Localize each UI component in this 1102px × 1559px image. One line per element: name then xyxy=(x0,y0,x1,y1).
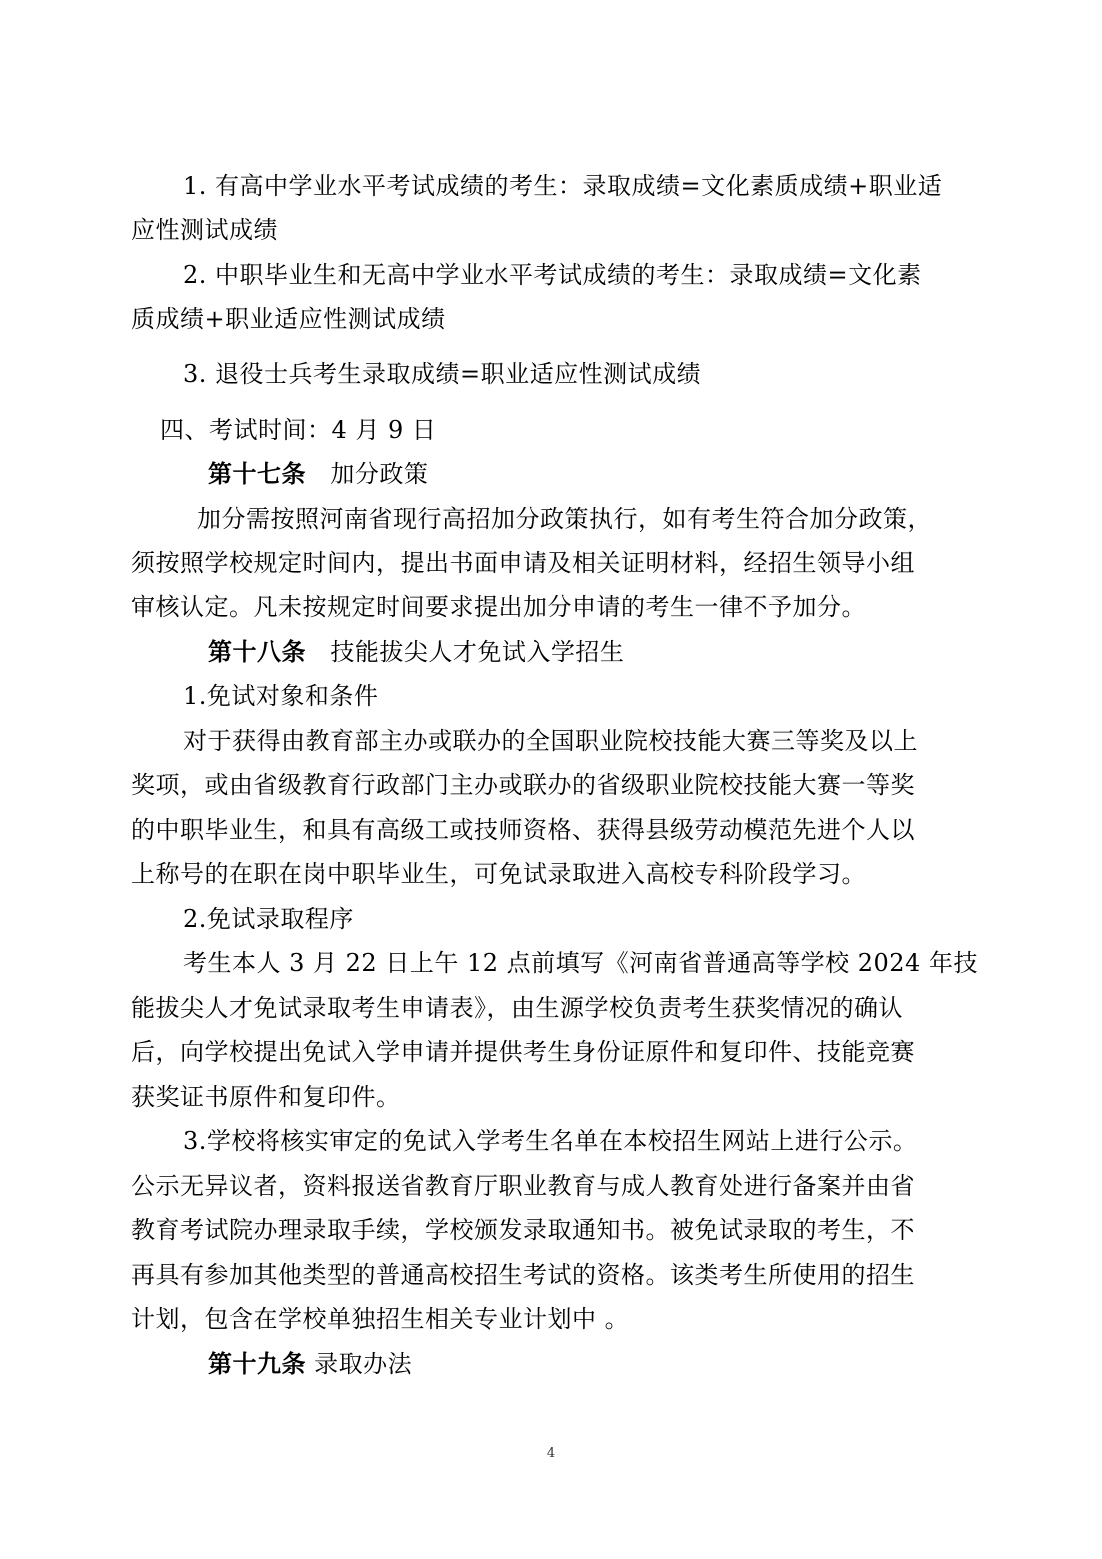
article-18-sub-2-body-line-2: 能拔尖人才免试录取考生申请表》，由生源学校负责考生获奖情况的确认 xyxy=(131,993,903,1023)
article-18-sub-3-line-3: 教育考试院办理录取手续，学校颁发录取通知书。被免试录取的考生，不 xyxy=(131,1215,915,1245)
article-17-heading: 第十七条 加分政策 xyxy=(208,459,428,489)
article-18-sub-2-heading: 2.免试录取程序 xyxy=(183,904,354,934)
score-item-3: 3. 退役士兵考生录取成绩=职业适应性测试成绩 xyxy=(183,359,701,389)
article-17-body-line-1: 加分需按照河南省现行高招加分政策执行，如有考生符合加分政策， xyxy=(197,504,932,534)
article-19-label: 第十九条 xyxy=(208,1349,306,1378)
article-18-heading: 第十八条 技能拔尖人才免试入学招生 xyxy=(208,637,624,667)
article-18-sub-2-body-line-1: 考生本人 3 月 22 日上午 12 点前填写《河南省普通高等学校 2024 年… xyxy=(183,948,978,978)
article-18-sub-1-body-line-3: 的中职毕业生，和具有高级工或技师资格、获得县级劳动模范先进个人以 xyxy=(131,815,915,845)
article-19-title: 录取办法 xyxy=(314,1350,412,1378)
article-18-sub-3-line-5: 计划，包含在学校单独招生相关专业计划中 。 xyxy=(131,1304,629,1334)
article-18-sub-3-line-4: 再具有参加其他类型的普通高校招生考试的资格。该类考生所使用的招生 xyxy=(131,1260,915,1290)
article-19-heading: 第十九条 录取办法 xyxy=(208,1349,412,1379)
score-item-2-line-2: 质成绩+职业适应性测试成绩 xyxy=(131,304,446,334)
page-number: 4 xyxy=(0,1446,1102,1461)
article-18-sub-2-body-line-3: 后，向学校提出免试入学申请并提供考生身份证原件和复印件、技能竞赛 xyxy=(131,1037,915,1067)
article-18-label: 第十八条 xyxy=(208,637,306,666)
score-item-2-line-1: 2. 中职毕业生和无高中学业水平考试成绩的考生：录取成绩=文化素 xyxy=(183,260,922,290)
article-17-body-line-3: 审核认定。凡未按规定时间要求提出加分申请的考生一律不予加分。 xyxy=(131,592,866,622)
article-18-sub-2-body-line-4: 获奖证书原件和复印件。 xyxy=(131,1082,401,1112)
article-17-label: 第十七条 xyxy=(208,459,306,488)
article-18-sub-1-body-line-4: 上称号的在职在岗中职毕业生，可免试录取进入高校专科阶段学习。 xyxy=(131,859,866,889)
article-18-sub-1-body-line-2: 奖项，或由省级教育行政部门主办或联办的省级职业院校技能大赛一等奖 xyxy=(131,770,915,800)
exam-time: 四、考试时间：4 月 9 日 xyxy=(160,415,436,445)
article-18-title: 技能拔尖人才免试入学招生 xyxy=(330,638,624,666)
article-17-body-line-2: 须按照学校规定时间内，提出书面申请及相关证明材料，经招生领导小组 xyxy=(131,548,915,578)
article-18-sub-1-body-line-1: 对于获得由教育部主办或联办的全国职业院校技能大赛三等奖及以上 xyxy=(183,726,918,756)
article-18-sub-1-heading: 1.免试对象和条件 xyxy=(183,681,378,711)
article-18-sub-3-line-1: 3.学校将核实审定的免试入学考生名单在本校招生网站上进行公示。 xyxy=(183,1126,917,1156)
article-18-sub-3-line-2: 公示无异议者，资料报送省教育厅职业教育与成人教育处进行备案并由省 xyxy=(131,1171,915,1201)
document-page: 1. 有高中学业水平考试成绩的考生：录取成绩=文化素质成绩+职业适 应性测试成绩… xyxy=(0,0,1102,1559)
score-item-1-line-1: 1. 有高中学业水平考试成绩的考生：录取成绩=文化素质成绩+职业适 xyxy=(183,171,942,201)
score-item-1-line-2: 应性测试成绩 xyxy=(131,215,278,245)
article-17-title: 加分政策 xyxy=(330,460,428,488)
